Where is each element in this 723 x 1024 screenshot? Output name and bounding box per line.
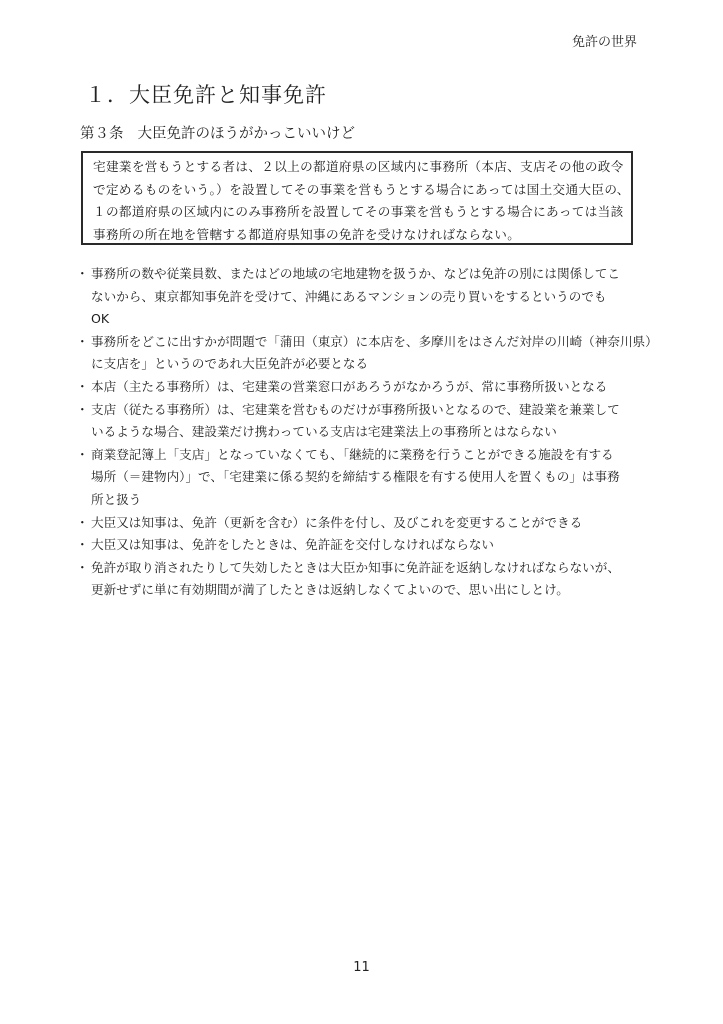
note-item: 免許が取り消されたりして失効したときは大臣か知事に免許証を返納しなければならない… [79, 557, 645, 602]
note-item: 大臣又は知事は、免許をしたときは、免許証を交付しなければならない [79, 534, 645, 557]
note-line: 支店（従たる事務所）は、宅建業を営むものだけが事務所扱いとなるので、建設業を兼業… [91, 399, 645, 422]
note-line: 大臣又は知事は、免許をしたときは、免許証を交付しなければならない [91, 534, 645, 557]
article-caption: 大臣免許のほうがかっこいいけど [138, 126, 356, 142]
note-item: 事務所の数や従業員数、またはどの地域の宅地建物を扱うか、などは免許の別には関係し… [79, 263, 645, 331]
note-line: に支店を」というのであれ大臣免許が必要となる [91, 353, 645, 376]
article-number: 第３条 [80, 126, 124, 142]
article-heading: 第３条大臣免許のほうがかっこいいけど [80, 122, 355, 143]
note-line: 本店（主たる事務所）は、宅建業の営業窓口があろうがなかろうが、常に事務所扱いとな… [91, 376, 645, 399]
note-line: 大臣又は知事は、免許（更新を含む）に条件を付し、及びこれを変更することができる [91, 512, 645, 535]
notes-list: 事務所の数や従業員数、またはどの地域の宅地建物を扱うか、などは免許の別には関係し… [79, 263, 645, 602]
running-header: 免許の世界 [572, 31, 637, 50]
note-line: 所と扱う [91, 489, 645, 512]
note-line: OK [91, 308, 645, 331]
statute-box: 宅建業を営もうとする者は、２以上の都道府県の区域内に事務所（本店、支店その他の政… [81, 151, 633, 245]
statute-line: 宅建業を営もうとする者は、２以上の都道府県の区域内に事務所（本店、支店その他の政… [93, 156, 625, 179]
note-item: 本店（主たる事務所）は、宅建業の営業窓口があろうがなかろうが、常に事務所扱いとな… [79, 376, 645, 399]
note-line: ないから、東京都知事免許を受けて、沖縄にあるマンションの売り買いをするというので… [91, 286, 645, 309]
page-number: 11 [0, 960, 723, 975]
note-line: 事務所の数や従業員数、またはどの地域の宅地建物を扱うか、などは免許の別には関係し… [91, 263, 645, 286]
note-item: 商業登記簿上「支店」となっていなくても、「継続的に業務を行うことができる施設を有… [79, 444, 645, 512]
note-line: 場所（＝建物内）」で、「宅建業に係る契約を締結する権限を有する使用人を置くもの」… [91, 466, 645, 489]
note-item: 事務所をどこに出すかが問題で「蒲田（東京）に本店を、多摩川をはさんだ対岸の川崎（… [79, 331, 645, 376]
note-item: 大臣又は知事は、免許（更新を含む）に条件を付し、及びこれを変更することができる [79, 512, 645, 535]
note-item: 支店（従たる事務所）は、宅建業を営むものだけが事務所扱いとなるので、建設業を兼業… [79, 399, 645, 444]
note-line: 免許が取り消されたりして失効したときは大臣か知事に免許証を返納しなければならない… [91, 557, 645, 580]
statute-line: 事務所の所在地を管轄する都道府県知事の免許を受けなければならない。 [93, 224, 625, 247]
statute-line: １の都道府県の区域内にのみ事務所を設置してその事業を営もうとする場合にあっては当… [93, 201, 625, 224]
note-line: 商業登記簿上「支店」となっていなくても、「継続的に業務を行うことができる施設を有… [91, 444, 645, 467]
note-line: いるような場合、建設業だけ携わっている支店は宅建業法上の事務所とはならない [91, 421, 645, 444]
note-line: 更新せずに単に有効期間が満了したときは返納しなくてよいので、思い出にしとけ。 [91, 579, 645, 602]
statute-line: で定めるものをいう。）を設置してその事業を営もうとする場合にあっては国土交通大臣… [93, 179, 625, 202]
chapter-title: １．大臣免許と知事免許 [85, 79, 327, 109]
note-line: 事務所をどこに出すかが問題で「蒲田（東京）に本店を、多摩川をはさんだ対岸の川崎（… [91, 331, 645, 354]
